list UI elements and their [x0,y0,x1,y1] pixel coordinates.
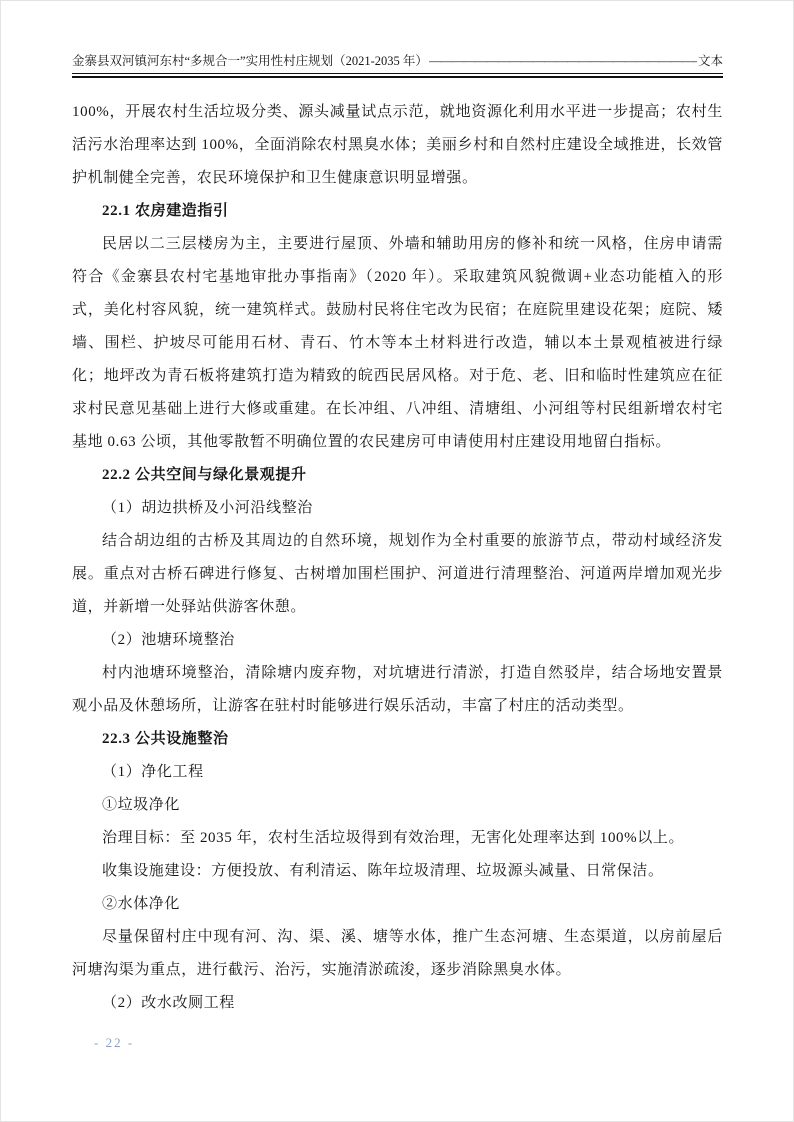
page-footer: - 22 - [94,1034,134,1052]
page-header: 金寨县双河镇河东村“多规合一”实用性村庄规划（2021-2035 年） ————… [72,53,723,78]
paragraph: 100%，开展农村生活垃圾分类、源头减量试点示范，就地资源化利用水平进一步提高；… [72,96,723,195]
paragraph: ①垃圾净化 [72,789,723,822]
header-doc-type-label: 文本 [698,53,723,69]
paragraph: （2）改水改厕工程 [72,987,723,1020]
paragraph: 治理目标：至 2035 年，农村生活垃圾得到有效治理，无害化处理率达到 100%… [72,822,723,855]
header-rule-thick [72,76,723,78]
paragraph: 收集设施建设：方便投放、有利清运、陈年垃圾清理、垃圾源头减量、日常保洁。 [72,855,723,888]
header-title: 金寨县双河镇河东村“多规合一”实用性村庄规划（2021-2035 年） [72,53,428,69]
section-heading: 22.2 公共空间与绿化景观提升 [72,459,723,492]
header-rule-thin [72,73,723,74]
document-page: 金寨县双河镇河东村“多规合一”实用性村庄规划（2021-2035 年） ————… [0,0,794,1122]
page-number: - 22 - [94,1035,134,1050]
document-body: 100%，开展农村生活垃圾分类、源头减量试点示范，就地资源化利用水平进一步提高；… [72,96,723,1020]
section-heading: 22.3 公共设施整治 [72,723,723,756]
paragraph: 尽量保留村庄中现有河、沟、渠、溪、塘等水体，推广生态河塘、生态渠道，以房前屋后河… [72,921,723,987]
paragraph: ②水体净化 [72,888,723,921]
paragraph: （1）胡边拱桥及小河沿线整治 [72,492,723,525]
paragraph: （1）净化工程 [72,756,723,789]
paragraph: 村内池塘环境整治，清除塘内废弃物，对坑塘进行清淤，打造自然驳岸，结合场地安置景观… [72,657,723,723]
header-dash-separator: ———————————————————————————— [429,53,697,69]
section-heading: 22.1 农房建造指引 [72,195,723,228]
paragraph: 结合胡边组的古桥及其周边的自然环境，规划作为全村重要的旅游节点，带动村域经济发展… [72,525,723,624]
paragraph: 民居以二三层楼房为主，主要进行屋顶、外墙和辅助用房的修补和统一风格，住房申请需符… [72,228,723,459]
header-line: 金寨县双河镇河东村“多规合一”实用性村庄规划（2021-2035 年） ————… [72,53,723,69]
paragraph: （2）池塘环境整治 [72,624,723,657]
